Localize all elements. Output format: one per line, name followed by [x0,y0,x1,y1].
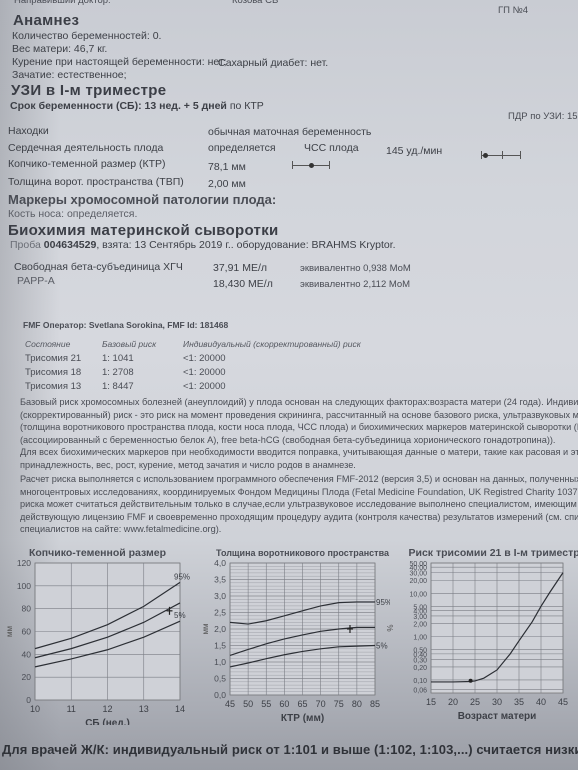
paragraph-line: (ассоциированный с беременностью белок А… [20,434,556,447]
chart-nt: Толщина воротникового пространства455055… [190,545,390,725]
diabetes-status: Сахарный диабет: нет. [218,57,328,69]
svg-text:Толщина воротникового простран: Толщина воротникового пространства [216,548,390,558]
svg-text:1,0: 1,0 [214,657,226,667]
pappa-mom: эквивалентно 2,112 МоМ [300,279,410,290]
svg-text:3,5: 3,5 [214,575,226,585]
svg-text:95%: 95% [174,572,190,581]
risk-condition: Трисомия 21 [25,353,81,364]
svg-text:0,5: 0,5 [214,674,226,684]
paragraph-line: принадлежность, вес, рост, курение, мето… [20,459,356,472]
svg-text:0,50: 0,50 [413,648,427,655]
svg-text:КТР (мм): КТР (мм) [281,713,324,724]
svg-text:СБ (нед.): СБ (нед.) [85,718,130,725]
paragraph-line: Базовый риск хромосомных болезней (анеуп… [20,396,578,409]
paragraph-line: (скорректированный) риск - это риск на м… [20,409,578,422]
fmf-operator: FMF Оператор: Svetlana Sorokina, FMF Id:… [23,320,228,330]
paragraph-line: Для всех биохимических маркеров при необ… [20,446,578,459]
gestation-value: 13 нед. + 5 дней [145,100,227,112]
svg-text:Возраст матери: Возраст матери [458,711,537,722]
hcg-name: Свободная бета-субъединица ХГЧ [14,261,183,273]
nt-value: 2,00 мм [208,178,246,190]
risk-condition: Трисомия 18 [25,367,81,378]
svg-text:50: 50 [243,699,253,709]
svg-text:30: 30 [492,697,502,707]
heart-activity-label: Сердечная деятельность плода [8,142,163,154]
crl-label: Копчико-теменной размер (КТР) [8,158,166,170]
svg-text:60: 60 [22,627,32,637]
crl-value: 78,1 мм [208,161,246,173]
risk-base: 1: 1041 [102,353,134,364]
risk-individual: <1: 20000 [183,353,226,364]
edd-label: ПДР по УЗИ: 15 [508,111,578,122]
paragraph-line: (толщина воротникового пространства плод… [20,421,578,434]
clinic-label: ГП №4 [498,5,528,16]
svg-text:мм: мм [5,626,14,637]
markers-title: Маркеры хромосомной патологии плода: [8,192,276,207]
findings-value: обычная маточная беременность [208,126,371,138]
svg-text:70: 70 [316,699,326,709]
svg-text:11: 11 [67,704,76,714]
referring-doctor-value: Козова СВ [232,0,278,6]
pregnancies-count: Количество беременностей: 0. [12,30,161,42]
svg-text:0: 0 [26,695,31,705]
svg-text:50,00: 50,00 [409,561,427,568]
fhr-label: ЧСС плода [304,142,359,154]
svg-text:Риск трисомии 21 в I-м тримест: Риск трисомии 21 в I-м триместре [409,547,578,559]
risk-base: 1: 2708 [102,367,134,378]
smoking-status: Курение при настоящей беременности: нет; [12,56,227,68]
svg-text:5,00: 5,00 [413,604,427,611]
svg-text:100: 100 [17,581,31,591]
svg-text:65: 65 [297,699,307,709]
hcg-mom: эквивалентно 0,938 МоМ [300,263,411,274]
chart-crl: Копчико-теменной размер10111213140204060… [0,545,195,725]
paragraph-line: специалистов на сайте: www.fetalmedicine… [20,523,221,536]
svg-text:10: 10 [30,704,40,714]
svg-text:60: 60 [279,699,289,709]
sample-details: , взята: 13 Сентябрь 2019 г.. оборудован… [96,239,395,251]
gestation-method: по КТР [230,100,264,112]
hcg-value: 37,91 МЕ/л [213,262,267,274]
svg-text:2,0: 2,0 [214,624,226,634]
risk-base: 1: 8447 [102,381,134,392]
svg-text:0,0: 0,0 [214,690,226,700]
svg-text:14: 14 [175,704,185,714]
svg-text:75: 75 [334,699,344,709]
heart-activity-value: определяется [208,142,276,154]
svg-text:15: 15 [426,697,436,707]
svg-text:35: 35 [514,697,524,707]
paragraph-line: риска может считаться действительным тол… [20,498,577,511]
risk-condition: Трисомия 13 [25,381,81,392]
svg-text:10,00: 10,00 [409,591,427,598]
nt-label: Толщина ворот. пространства (ТВП) [8,176,184,188]
conception-method: Зачатие: естественное; [12,69,127,81]
svg-text:25: 25 [470,697,480,707]
svg-text:80: 80 [22,604,32,614]
gestation-label: Срок беременности (СБ): [10,100,142,112]
svg-text:12: 12 [102,704,112,714]
sample-prefix: Проба [10,239,41,251]
fhr-value: 145 уд./мин [386,145,442,157]
svg-text:4,0: 4,0 [214,558,226,568]
svg-text:мм: мм [201,624,210,635]
svg-text:5%: 5% [174,611,186,620]
risk-individual: <1: 20000 [183,367,226,378]
svg-text:2,5: 2,5 [214,608,226,618]
col-base-risk: Базовый риск [102,339,156,349]
svg-text:20: 20 [448,697,458,707]
referring-doctor-label: Направивший доктор: [14,0,111,6]
pappa-value: 18,430 МЕ/л [213,278,273,290]
fhr-range-indicator [481,151,521,159]
col-condition: Состояние [25,339,70,349]
svg-text:85: 85 [370,699,380,709]
svg-text:0,06: 0,06 [413,688,427,695]
svg-text:120: 120 [17,558,31,568]
paragraph-line: многоцентровых исследованиях, координиру… [20,486,578,499]
svg-text:40: 40 [536,697,546,707]
sample-info: Проба 004634529, взята: 13 Сентябрь 2019… [10,239,396,251]
paragraph-line: Расчет риска выполняется с использование… [20,473,578,486]
footer-note: Для врачей Ж/К: индивидуальный риск от 1… [2,742,578,757]
crl-range-indicator [292,161,330,169]
svg-text:80: 80 [352,699,362,709]
svg-text:%: % [386,624,395,631]
svg-text:55: 55 [261,699,271,709]
findings-label: Находки [8,125,49,137]
nasal-bone: Кость носа: определяется. [8,208,137,220]
svg-text:45: 45 [225,699,235,709]
svg-text:20: 20 [22,672,32,682]
svg-text:40: 40 [22,649,32,659]
gestation-age: Срок беременности (СБ): 13 нед. + 5 дней… [10,100,264,112]
pappa-name: PAPP-A [17,275,55,287]
chart-t21-risk: Риск трисомии 21 в I-м триместре15202530… [383,545,578,725]
anamnesis-title: Анамнез [13,12,79,29]
svg-text:20,00: 20,00 [409,578,427,585]
svg-text:13: 13 [139,704,149,714]
col-individual-risk: Индивидуальный (скорректированный) риск [183,339,361,349]
svg-text:0,10: 0,10 [413,678,427,685]
paragraph-line: действующую лицензию FMF и своевременно … [20,511,578,524]
biochem-title: Биохимия материнской сыворотки [8,222,279,239]
svg-text:0,20: 0,20 [413,665,427,672]
svg-text:2,00: 2,00 [413,622,427,629]
svg-text:1,5: 1,5 [214,641,226,651]
ultrasound-title: УЗИ в I-м триместре [11,82,166,99]
svg-text:1,00: 1,00 [413,635,427,642]
svg-text:Копчико-теменной размер: Копчико-теменной размер [29,547,166,559]
svg-text:45: 45 [558,697,568,707]
risk-individual: <1: 20000 [183,381,226,392]
sample-id: 004634529 [44,239,97,251]
mother-weight: Вес матери: 46,7 кг. [12,43,107,55]
svg-text:3,0: 3,0 [214,591,226,601]
